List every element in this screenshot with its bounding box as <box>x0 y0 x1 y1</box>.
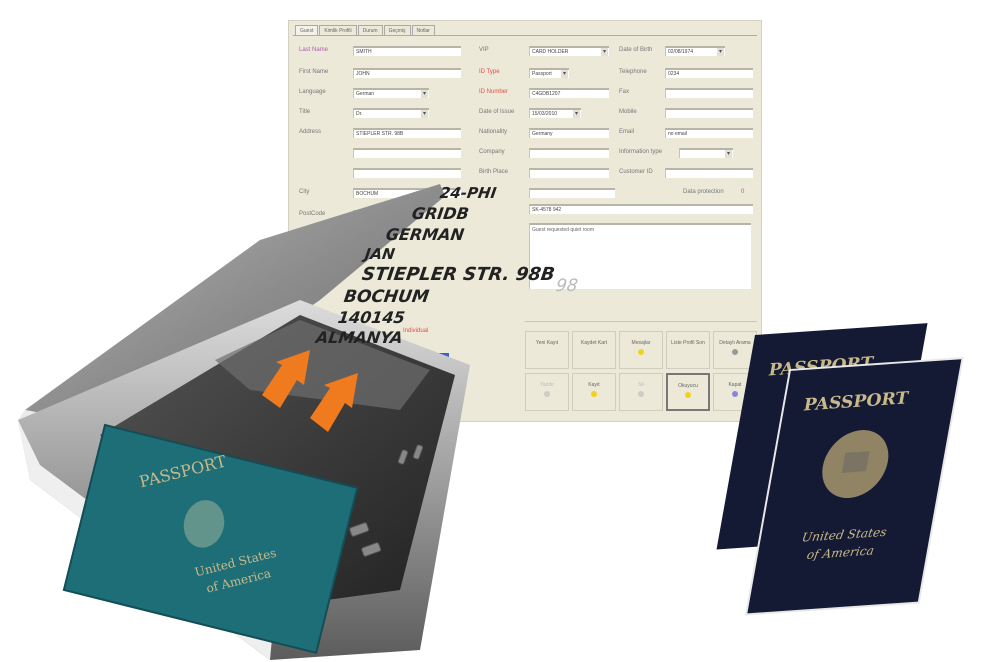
telephone-field[interactable]: 0234 <box>665 68 753 78</box>
information-type-label: Information type <box>619 149 662 155</box>
mobile-label: Mobile <box>619 109 637 115</box>
first-name-label: First Name <box>299 69 328 75</box>
action-button-1[interactable]: Yeni Kayıt <box>525 331 569 369</box>
print-icon <box>544 391 550 397</box>
action-button-6[interactable]: Yazdır <box>525 373 569 411</box>
ocr-line-3: GERMAN <box>385 225 466 244</box>
telephone-label: Telephone <box>619 69 647 75</box>
company-field[interactable] <box>529 148 609 158</box>
id-type-label: ID Type <box>479 69 500 75</box>
address-label: Address <box>299 129 321 135</box>
title-select[interactable]: Dr. <box>353 108 429 118</box>
address-line3-field[interactable] <box>353 168 461 178</box>
ocr-ghost-text: 98 <box>555 276 579 296</box>
ocr-line-8: ALMANYA <box>315 328 404 347</box>
action-button-8[interactable]: Sil <box>619 373 663 411</box>
email-field[interactable]: no email <box>665 128 753 138</box>
flatbed-scanner-illustration: PASSPORT United States of America <box>0 180 490 660</box>
last-name-field[interactable]: SMITH <box>353 46 461 56</box>
ocr-line-4: JAN <box>364 245 396 263</box>
action-button-label: Sil <box>638 382 644 388</box>
customer-id-label: Customer ID <box>619 169 653 175</box>
fax-field[interactable] <box>665 88 753 98</box>
id-number-label: ID Number <box>479 89 508 95</box>
language-select[interactable]: German <box>353 88 429 98</box>
nationality-label: Nationality <box>479 129 507 135</box>
action-button-label: Kayıt <box>588 382 599 388</box>
extra-field[interactable] <box>529 188 615 198</box>
delete-icon <box>638 391 644 397</box>
last-name-label: Last Name <box>299 47 328 53</box>
nationality-field[interactable]: Germany <box>529 128 609 138</box>
address-line2-field[interactable] <box>353 148 461 158</box>
reference-field[interactable]: SK-4578 942 <box>529 204 753 214</box>
address-line1-field[interactable]: STIEPLER STR. 98B <box>353 128 461 138</box>
ocr-line-5: STIEPLER STR. 98B <box>361 264 557 285</box>
tab-divider <box>293 35 757 36</box>
information-type-select[interactable] <box>679 148 733 158</box>
title-label: Title <box>299 109 310 115</box>
id-number-field[interactable]: C4GDB1207 <box>529 88 609 98</box>
data-protection-value: 0 <box>741 189 744 195</box>
ocr-line-2: GRIDB <box>411 204 471 223</box>
mobile-field[interactable] <box>665 108 753 118</box>
action-button-label: Mesajlar <box>632 340 651 346</box>
ocr-line-6: BOCHUM <box>343 287 431 307</box>
ocr-line-1: 24-PHI <box>439 184 498 202</box>
us-passports-illustration: PASSPORT PASSPORT United States of Ameri… <box>660 320 980 650</box>
action-button-2[interactable]: Kaydet Kart <box>572 331 616 369</box>
first-name-field[interactable]: JOHN <box>353 68 461 78</box>
date-of-issue-label: Date of Issue <box>479 109 514 115</box>
ocr-line-7: 140145 <box>337 308 406 327</box>
date-of-issue-select[interactable]: 15/03/2010 <box>529 108 581 118</box>
data-protection-label: Data protection <box>683 189 724 195</box>
action-button-label: Yeni Kayıt <box>536 340 558 346</box>
vip-label: VIP <box>479 47 489 53</box>
birth-place-field[interactable] <box>529 168 609 178</box>
birth-place-label: Birth Place <box>479 169 508 175</box>
customer-id-field[interactable] <box>665 168 753 178</box>
language-label: Language <box>299 89 326 95</box>
date-of-birth-label: Date of Birth <box>619 47 652 53</box>
lock-icon <box>638 349 644 355</box>
action-button-label: Kaydet Kart <box>581 340 607 346</box>
action-button-3[interactable]: Mesajlar <box>619 331 663 369</box>
action-button-label: Yazdır <box>540 382 554 388</box>
email-label: Email <box>619 129 634 135</box>
id-type-select[interactable]: Passport <box>529 68 569 78</box>
company-label: Company <box>479 149 505 155</box>
fax-label: Fax <box>619 89 629 95</box>
key-icon <box>591 391 597 397</box>
action-button-7[interactable]: Kayıt <box>572 373 616 411</box>
date-of-birth-select[interactable]: 02/08/1974 <box>665 46 725 56</box>
vip-select[interactable]: CARD HOLDER <box>529 46 609 56</box>
